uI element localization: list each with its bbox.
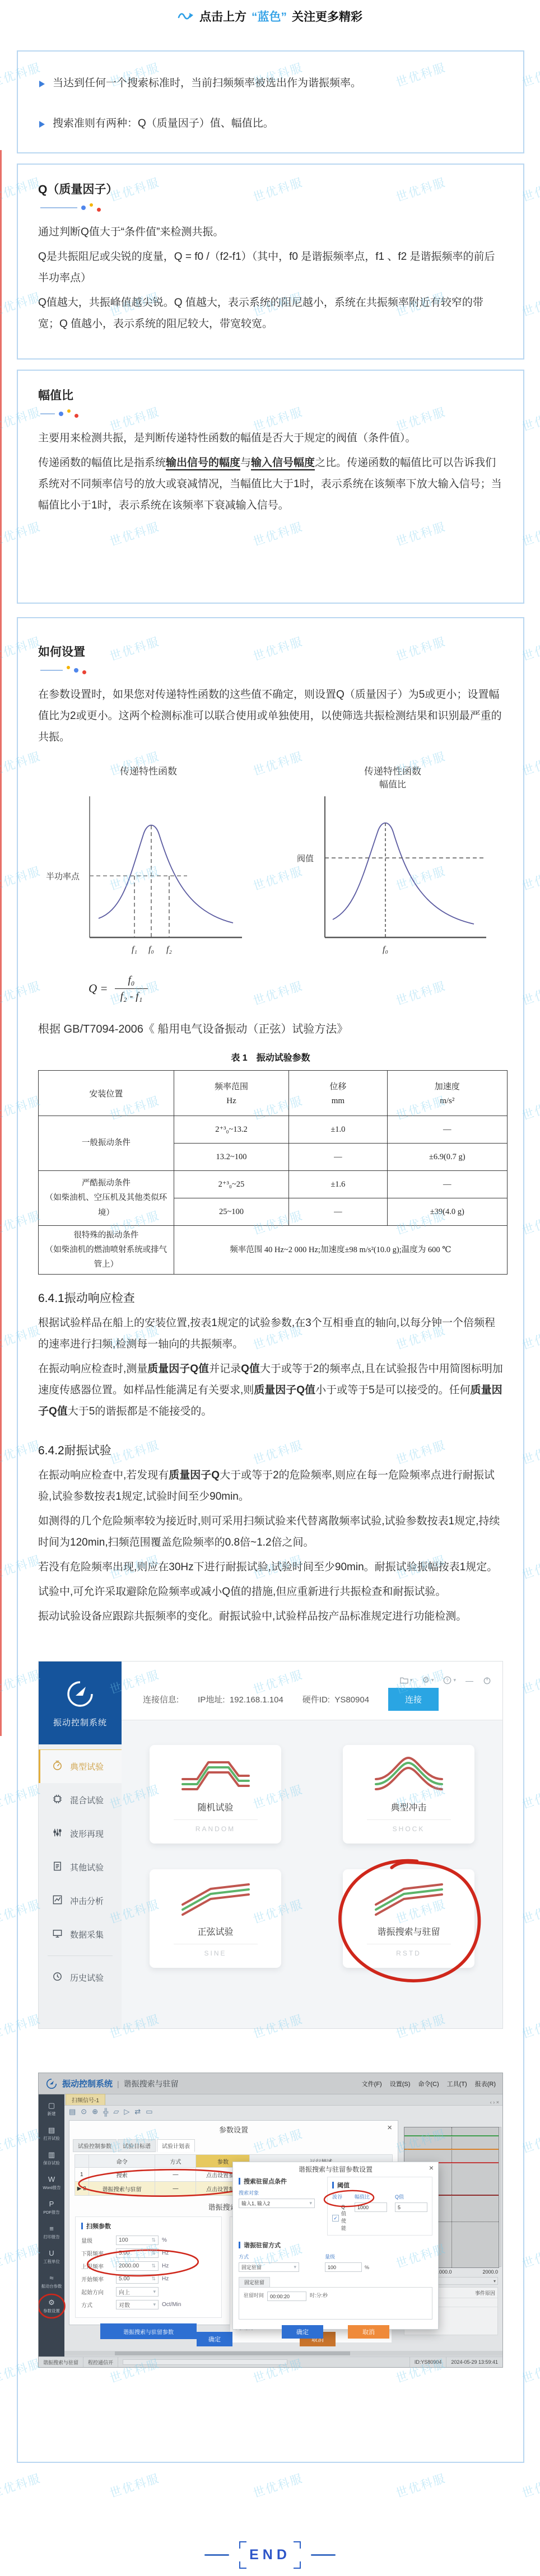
x-label-f0: f₀ <box>148 945 154 954</box>
card-random[interactable]: 随机试验RANDOM <box>150 1745 281 1844</box>
table-cell: ±6.9(0.7 g) <box>387 1144 507 1171</box>
diagram-right-title2: 幅值比 <box>289 778 496 792</box>
table-header: 位移mm <box>289 1071 387 1116</box>
status-test-name: 谐振搜索与驻留 <box>39 2357 83 2367</box>
rstd-left-rail: ▢新建▤打开试验▥保存试验WWord报告PPDF报告≡打印报告U工程单位≈振动台… <box>39 2094 64 2357</box>
test-type-cards: 随机试验RANDOM典型冲击SHOCK正弦试验SINE谐振搜索与驻留RSTD <box>122 1720 502 2028</box>
paragraph: 振动试验设备应跟踪共振频率的变化。耐振试验中,试验样品按产品标准规定进行功能检测… <box>38 1606 503 1627</box>
connect-button[interactable]: 连接 <box>388 1688 439 1711</box>
cmd-table-header <box>75 2155 89 2168</box>
table-cell: — <box>387 1171 507 1198</box>
rail-item-Word报告[interactable]: WWord报告 <box>39 2171 64 2195</box>
history-icon <box>52 1971 63 1984</box>
search-object-label: 搜索对象 <box>239 2189 322 2196</box>
cmd-table-cell: 谐振搜索与驻留 <box>89 2182 155 2196</box>
diagram-left-title: 传递特性函数 <box>45 765 252 778</box>
diagram-right-plot: 传递特性函数 幅值比 阀值 f₀ <box>289 765 496 1003</box>
bullet-item: 搜索准则有两种：Q（质量因子）值、幅值比。 <box>39 114 502 133</box>
rstd-stage: 扫频信号-1 ‹ › × ▤⊙⊕╬▱▷⇄▭ 9 1000.02000.0 ▾ 事… <box>64 2094 502 2357</box>
card-title: 谐振搜索与驻留 <box>377 1925 440 1938</box>
table-row: 很特殊的振动条件（如柴油机的燃油喷射系统或排气管上）频率范围 40 Hz~2 0… <box>39 1226 508 1275</box>
table-caption: 表 1 振动试验参数 <box>38 1051 503 1063</box>
menu-item[interactable]: 报表(R) <box>475 2079 496 2088</box>
threshold-label: 阀值 <box>297 853 314 864</box>
menu-item[interactable]: 工具(T) <box>447 2079 467 2088</box>
fixed-dwell-box: 驻留时间 00:00:20 时:分:秒 <box>239 2287 432 2320</box>
sweep-field-开始频率: 开始频率5.00⇅Hz <box>81 2274 216 2284</box>
sine-spectrum-icon <box>178 1879 253 1920</box>
field-label: 开始频率 <box>81 2275 116 2283</box>
header-suffix: 关注更多精彩 <box>292 8 362 25</box>
sidebar-item-波形再现[interactable]: 波形再现 <box>39 1817 122 1850</box>
table-cell: 25~100 <box>174 1198 288 1226</box>
rail-item-label: 打开试验 <box>43 2135 59 2141</box>
params-icon: ⚙ <box>48 2299 55 2306</box>
connection-bar: 连接信息: IP地址: 192.168.1.104 硬件ID: YS80904 … <box>143 1688 439 1711</box>
new-icon: ▢ <box>48 2102 55 2109</box>
table-cell: — <box>289 1198 387 1226</box>
swap-icon[interactable]: ⇄ <box>134 2107 141 2116</box>
panel-tab-3[interactable]: 试验计划表 <box>157 2139 195 2152</box>
table-header: 频率范围Hz <box>174 1071 288 1116</box>
rail-item-label: 新建 <box>48 2111 56 2116</box>
horizontal-scrollbar[interactable] <box>64 2351 502 2356</box>
sidebar-item-历史试验[interactable]: 历史试验 <box>39 1961 122 1994</box>
sweep-field-下限频率: 下限频率5.00⇅Hz <box>81 2248 216 2258</box>
rail-item-label: 打印报告 <box>43 2234 59 2239</box>
svg-text:?: ? <box>446 1678 449 1683</box>
menu-bar: 文件(F)设置(S)命令(C)工具(T)报表(R) <box>362 2079 496 2088</box>
standard-reference: 根据 GB/T7094-2006《 船用电气设备振动（正弦）试验方法》 <box>38 1020 503 1036</box>
table-cell: — <box>289 1144 387 1171</box>
app-logo: 振动控制系统 <box>39 1662 122 1744</box>
intro-box: 当达到任何一个搜索标准时，当前扫频频率被选出作为谐振频率。搜索准则有两种：Q（质… <box>17 50 524 153</box>
card-subtitle: SHOCK <box>393 1825 425 1833</box>
field-label: 方式 <box>81 2300 116 2309</box>
rail-item-label: 工程单位 <box>43 2258 59 2264</box>
rail-item-label: 振动台参数 <box>41 2283 62 2289</box>
level-label: 量级 <box>325 2253 369 2260</box>
dwell-time-label: 驻留时间 <box>244 2292 264 2299</box>
card-subtitle: SINE <box>204 1949 226 1957</box>
minimize-icon[interactable]: — <box>465 1677 473 1684</box>
rail-item-新建[interactable]: ▢新建 <box>39 2097 64 2121</box>
paragraph: 在参数设置时，如果您对传递特性函数的这些值不确定，则设置Q（质量因子）为5或更小… <box>38 684 503 748</box>
watermark: 世优科服 <box>520 2470 540 2502</box>
sweep-params-panel: 扫频参数 量级100⇅%下限频率5.00⇅Hz上限频率2000.00⇅Hz开始频… <box>75 2216 222 2318</box>
end-dash-right <box>311 2554 336 2556</box>
search-object-select[interactable]: 输入1, 输入2▾ <box>239 2199 315 2208</box>
field-input[interactable]: 5.00⇅ <box>116 2274 159 2284</box>
rstd-window: 振动控制系统 | 谐振搜索与驻留 文件(F)设置(S)命令(C)工具(T)报表(… <box>38 2073 503 2368</box>
card-shock[interactable]: 典型冲击SHOCK <box>343 1745 474 1844</box>
paragraph: Q值越大，共振峰值越尖锐。Q 值越大，表示系统的阻尼越小，系统在共振频率附近有较… <box>38 292 503 335</box>
dwell-mode-section: 谐振驻留方式 方式 固定驻留▾ 量级 100 % <box>239 2241 432 2272</box>
dialog-titlebar: 谐振搜索与驻留参数设置 × <box>233 2162 438 2176</box>
monitor-icon <box>52 1928 63 1941</box>
table-cell: 很特殊的振动条件（如柴油机的燃油喷射系统或排气管上） <box>39 1226 174 1275</box>
cmd-table-header: 命令 <box>89 2155 155 2168</box>
title-separator: | <box>117 2079 119 2088</box>
sidebar-item-label: 波形再现 <box>70 1828 104 1840</box>
status-bar: 谐振搜索与驻留 程控通信开 ID:YS80904 2024-05-29 13:5… <box>39 2356 502 2367</box>
move-icon[interactable]: ╬ <box>103 2108 108 2116</box>
menu-item[interactable]: 设置(S) <box>390 2079 411 2088</box>
sidebar-item-混合试验[interactable]: 混合试验 <box>39 1783 122 1817</box>
cmd-table-cell: — <box>155 2182 196 2196</box>
end-footer: END <box>0 2541 540 2569</box>
print-icon: ≡ <box>49 2225 54 2232</box>
rstd-params-button[interactable]: 谐振搜索与驻留参数 <box>100 2323 197 2339</box>
amp-ratio-label: 幅值比 <box>355 2193 387 2200</box>
signal-tabs: 扫频信号-1 ‹ › × <box>64 2094 502 2106</box>
dialog-cancel-button[interactable]: 取消 <box>348 2325 389 2339</box>
cmd-table-cell: 1 <box>75 2168 89 2182</box>
fixed-dwell-tab[interactable]: 固定驻留 <box>239 2277 270 2287</box>
rail-item-保存试验[interactable]: ▥保存试验 <box>39 2146 64 2171</box>
paragraph: 在振动响应检查中,若发现有质量因子Q大于或等于2的危险频率,则应在每一危险频率点… <box>38 1465 503 1508</box>
paragraph: 如测得的几个危险频率较为接近时,则可采用扫频试验来代替离散频率试验,试验参数按表… <box>38 1511 503 1553</box>
tab-overflow-icons[interactable]: ‹ › × <box>490 2099 502 2105</box>
document-icon <box>52 1861 63 1874</box>
header-highlight[interactable]: “蓝色” <box>252 8 287 25</box>
page-title: 谐振搜索与驻留 <box>124 2078 179 2089</box>
gauge-icon <box>52 1760 63 1773</box>
card-rstd[interactable]: 谐振搜索与驻留RSTD <box>343 1869 474 1968</box>
rail-item-振动台参数[interactable]: ≈振动台参数 <box>39 2269 64 2294</box>
end-badge: END <box>239 2541 301 2569</box>
paragraph: 试验中,可允许采取避除危险频率或减小Q值的措施,但应重新进行共振检查和耐振试验。 <box>38 1581 503 1603</box>
app-name: 振动控制系统 <box>53 1716 107 1728</box>
field-unit: Hz <box>162 2250 169 2256</box>
field-input[interactable]: 对数▾ <box>116 2300 159 2309</box>
cmd-table-cell: — <box>155 2168 196 2182</box>
power-icon[interactable] <box>483 1676 491 1684</box>
panel-tab-2[interactable]: 试验目标谱 <box>118 2139 156 2152</box>
table-cell: 13.2~100 <box>174 1144 288 1171</box>
chip-icon <box>52 1794 63 1807</box>
card-title: 典型冲击 <box>390 1800 426 1813</box>
panel-tab-1[interactable]: 试验控制参数 <box>73 2139 117 2152</box>
sidebar-item-label: 典型试验 <box>70 1761 104 1772</box>
word-icon: W <box>48 2176 55 2183</box>
level-input[interactable]: 100 <box>325 2262 362 2272</box>
paragraph: 传递函数的幅值比是指系统输出信号的幅度与输入信号幅度之比。传递函数的幅值比可以告… <box>38 452 503 516</box>
red-annotation-circle <box>327 1854 491 1988</box>
rstd-spectrum-icon <box>371 1879 446 1920</box>
rail-item-label: PDF报告 <box>43 2209 59 2215</box>
watermark: 世优科服 <box>394 2470 448 2502</box>
card-title: 随机试验 <box>197 1800 233 1813</box>
rail-item-label: 参数设置 <box>43 2308 59 2313</box>
pdf-icon: P <box>49 2200 54 2208</box>
vcs-main-window: 振动控制系统 连接信息: IP地址: 192.168.1.104 硬件ID: Y… <box>38 1661 503 2029</box>
dwell-time-unit: 时:分:秒 <box>310 2292 328 2299</box>
sidebar-item-label: 数据采集 <box>70 1929 104 1940</box>
card-divider <box>174 1819 258 1820</box>
sidebar-divider <box>48 1956 113 1956</box>
status-device-id: ID:YS80904 <box>410 2357 447 2367</box>
field-unit: Hz <box>162 2263 169 2269</box>
sweep-field-上限频率: 上限频率2000.00⇅Hz <box>81 2261 216 2271</box>
card-title: 正弦试验 <box>197 1925 233 1938</box>
chart-line <box>404 2135 499 2136</box>
section-641-title: 6.4.1振动响应检查 <box>38 1289 503 1306</box>
window-icon[interactable]: ▭ <box>146 2107 152 2116</box>
card-sine[interactable]: 正弦试验SINE <box>150 1869 281 1968</box>
table-header: 安装位置 <box>39 1071 174 1116</box>
threshold-section: 阈值 波谷 ✓Q值使能 幅值比 1000 <box>327 2177 432 2236</box>
menu-item[interactable]: 文件(F) <box>362 2079 382 2088</box>
chart-line <box>404 2149 499 2150</box>
paragraph: Q是共振阻尼或尖锐的度量，Q = f0 /（f2-f1）（其中，f0 是谐振频率… <box>38 246 503 289</box>
sweep-title: 扫频参数 <box>86 2222 111 2230</box>
field-label: 量级 <box>81 2236 116 2244</box>
help-icon[interactable]: ?▾ <box>443 1676 456 1684</box>
sidebar-item-label: 冲击分析 <box>70 1895 104 1907</box>
wave-arrow-icon <box>178 11 194 21</box>
sweep-field-量级: 量级100⇅% <box>81 2236 216 2245</box>
field-unit: % <box>162 2237 167 2243</box>
bullet-text: 当达到任何一个搜索标准时，当前扫频频率被选出作为谐振频率。 <box>53 74 361 93</box>
event-reason-header: 事件原因 <box>475 2289 495 2297</box>
unit-icon: U <box>49 2250 54 2257</box>
sweep-field-方式: 方式对数▾Oct/Min <box>81 2300 216 2309</box>
logo-swoosh-icon <box>45 2078 58 2090</box>
left-edge-artifact <box>0 150 2 1736</box>
chart-toolbar: ▤⊙⊕╬▱▷⇄▭ <box>64 2106 502 2118</box>
amp-ratio-input[interactable]: 1000 <box>355 2202 387 2212</box>
panel-title: 参数设置 <box>69 2124 398 2135</box>
sidebar-item-label: 其他试验 <box>70 1861 104 1873</box>
panel-close-icon[interactable]: × <box>387 2123 392 2132</box>
sidebar-item-label: 混合试验 <box>70 1794 104 1806</box>
table-header: 加速度m/s² <box>387 1071 507 1116</box>
select-icon[interactable]: ▷ <box>124 2107 129 2116</box>
valley-label: 波谷 <box>332 2193 347 2200</box>
chart-icon <box>52 1894 63 1907</box>
section-title-setup: 如何设置 <box>38 643 503 660</box>
folder-icon[interactable]: ▾ <box>400 1677 413 1684</box>
save-icon: ▥ <box>48 2151 55 2158</box>
x-label-f0-right: f₀ <box>383 945 388 954</box>
bullet-triangle-icon <box>39 81 45 87</box>
sidebar-item-label: 历史试验 <box>70 1972 104 1984</box>
rstd-settings-dialog: 谐振搜索与驻留参数设置 × 搜索驻留点条件 搜索对象 输入1, 输入2▾ <box>232 2162 439 2330</box>
x-tick: 2000.0 <box>482 2269 498 2275</box>
rail-item-PDF报告[interactable]: PPDF报告 <box>39 2195 64 2220</box>
random-spectrum-icon <box>178 1755 253 1796</box>
paragraph: 根据试验样品在船上的安装位置,按表1规定的试验参数,在3个互相垂直的轴向,以每分… <box>38 1313 503 1355</box>
app-name: 振动控制系统 <box>62 2078 113 2089</box>
header-prefix: 点击上方 <box>199 8 246 25</box>
ip-address: IP地址: 192.168.1.104 <box>198 1693 283 1705</box>
card-divider <box>367 1944 451 1944</box>
x-tick: 1000.0 <box>436 2269 452 2275</box>
rail-item-工程单位[interactable]: U工程单位 <box>39 2244 64 2269</box>
field-label: 下限频率 <box>81 2249 116 2257</box>
field-input[interactable]: 5.00⇅ <box>116 2248 159 2258</box>
add-icon[interactable]: ⊕ <box>92 2107 98 2116</box>
settings-icon[interactable]: ⚙▾ <box>422 1676 434 1684</box>
card-divider <box>174 1944 258 1944</box>
sidebar-item-数据采集[interactable]: 数据采集 <box>39 1917 122 1951</box>
x-label-f2: f₂ <box>166 945 172 954</box>
mode-label: 方式 <box>239 2253 299 2260</box>
table-row: 一般振动条件2⁺³₀~13.2±1.0— <box>39 1116 508 1144</box>
title-decoration <box>40 204 503 212</box>
bullet-item: 当达到任何一个搜索标准时，当前扫频频率被选出作为谐振频率。 <box>39 74 502 93</box>
dwell-condition-section: 搜索驻留点条件 搜索对象 输入1, 输入2▾ <box>239 2177 322 2236</box>
field-input[interactable]: 2000.00⇅ <box>116 2261 159 2271</box>
paragraph: 若没有危险频率出现,则应在30Hz下进行耐振试验,试验时间至少90min。耐振试… <box>38 1557 503 1578</box>
grid-icon[interactable]: ▤ <box>69 2107 76 2116</box>
q-factor-box: Q（质量因子） 通过判断Q值大于“条件值”来检测共振。Q是共振阻尼或尖锐的度量，… <box>17 164 524 360</box>
resonance-diagram: 传递特性函数 半功率点 f₁ f₀ f₂ Q = f₀f₂ - f₁ 传递 <box>38 765 503 1003</box>
diagram-left-plot: 传递特性函数 半功率点 f₁ f₀ f₂ Q = f₀f₂ - f₁ <box>45 765 252 1003</box>
table-cell: 2⁺³₀~25 <box>174 1171 288 1198</box>
q-enable-checkbox[interactable]: ✓Q值使能 <box>332 2204 347 2232</box>
status-datetime: 2024-05-29 13:59:41 <box>446 2357 502 2367</box>
bullet-triangle-icon <box>39 121 45 128</box>
sidebar-item-冲击分析[interactable]: 冲击分析 <box>39 1884 122 1917</box>
tab-sweep-signal[interactable]: 扫频信号-1 <box>66 2094 105 2105</box>
watermark: 世优科服 <box>251 2470 305 2502</box>
open-icon: ▤ <box>48 2126 55 2134</box>
sidebar-item-其他试验[interactable]: 其他试验 <box>39 1850 122 1884</box>
sweep-field-起始方向: 起始方向向上▾ <box>81 2287 216 2297</box>
dialog-close-icon[interactable]: × <box>429 2163 434 2172</box>
vcs-titlebar: 振动控制系统 连接信息: IP地址: 192.168.1.104 硬件ID: Y… <box>39 1662 502 1720</box>
menu-item[interactable]: 命令(C) <box>418 2079 439 2088</box>
section-title-amp: 幅值比 <box>38 386 503 403</box>
cmd-table-cell: ▶ 2 <box>75 2182 89 2196</box>
table-row: 严酷振动条件（如柴油机、空压机及其他类似环境）2⁺³₀~25±1.6— <box>39 1171 508 1198</box>
hardware-id: 硬件ID: YS80904 <box>302 1693 369 1705</box>
paragraph: 主要用来检测共振，是判断传递特性函数的幅值是否大于规定的阀值（条件值）。 <box>38 428 503 449</box>
cmd-table-cell: 搜索 <box>89 2168 155 2182</box>
window-ok-button[interactable]: 确定 <box>197 2332 232 2346</box>
rail-item-打印报告[interactable]: ≡打印报告 <box>39 2220 64 2244</box>
rail-item-label: 保存试验 <box>43 2160 59 2166</box>
watermark: 世优科服 <box>0 2470 43 2502</box>
paragraph: 在振动响应检查时,测量质量因子Q值并记录Q值大于或等于2的频率点,且在试验报告中… <box>38 1359 503 1422</box>
x-label-f1: f₁ <box>132 945 137 954</box>
q-value-label: Q值 <box>395 2193 427 2200</box>
field-label: 上限频率 <box>81 2262 116 2270</box>
cmd-table-header: 方式 <box>155 2155 196 2168</box>
field-input[interactable]: 向上▾ <box>116 2287 159 2297</box>
card-divider <box>367 1819 451 1820</box>
sidebar-item-典型试验[interactable]: 典型试验 <box>39 1749 122 1783</box>
table-cell: ±1.6 <box>289 1171 387 1198</box>
field-input[interactable]: 100⇅ <box>116 2236 159 2245</box>
dwell-time-input[interactable]: 00:00:20 <box>267 2292 306 2301</box>
table-cell: ±1.0 <box>289 1116 387 1144</box>
title-decoration <box>40 666 503 674</box>
diagram-right-title1: 传递特性函数 <box>289 765 496 778</box>
vibration-parameters-table: 安装位置频率范围Hz位移mm加速度m/s²一般振动条件2⁺³₀~13.2±1.0… <box>38 1070 508 1275</box>
field-label: 起始方向 <box>81 2288 116 2296</box>
section-642-title: 6.4.2耐振试验 <box>38 1441 503 1458</box>
amplitude-ratio-box: 幅值比 主要用来检测共振，是判断传递特性函数的幅值是否大于规定的阀值（条件值）。… <box>17 370 524 604</box>
field-unit: Hz <box>162 2276 169 2282</box>
page-header: 点击上方“蓝色”关注更多精彩 <box>0 8 540 25</box>
dialog-ok-button[interactable]: 确定 <box>282 2325 323 2339</box>
table-cell: 频率范围 40 Hz~2 000 Hz;加速度±98 m/s²(10.0 g);… <box>174 1226 507 1275</box>
fit-icon[interactable]: ▱ <box>113 2107 119 2116</box>
table-cell: 严酷振动条件（如柴油机、空压机及其他类似环境） <box>39 1171 174 1226</box>
zoom-icon[interactable]: ⊙ <box>81 2107 87 2116</box>
field-unit: Oct/Min <box>162 2302 181 2308</box>
panel-tabs: 试验控制参数试验目标谱试验计划表 <box>73 2139 398 2152</box>
table-cell: ±39(4.0 g) <box>387 1198 507 1226</box>
card-subtitle: RANDOM <box>195 1825 235 1833</box>
end-dash-left <box>204 2554 229 2556</box>
rail-item-label: Word报告 <box>43 2185 60 2190</box>
logo-swoosh-icon <box>64 1678 96 1710</box>
rail-item-参数设置[interactable]: ⚙参数设置 <box>39 2294 64 2318</box>
bullet-text: 搜索准则有两种：Q（质量因子）值、幅值比。 <box>53 114 274 133</box>
table-cell: 2⁺³₀~13.2 <box>174 1116 288 1144</box>
status-comm: 程控通信开 <box>83 2357 118 2367</box>
mode-select[interactable]: 固定驻留▾ <box>239 2262 299 2272</box>
shaker-icon: ≈ <box>49 2274 53 2281</box>
paragraph: 通过判断Q值大于“条件值”来检测共振。 <box>38 222 503 243</box>
rstd-titlebar: 振动控制系统 | 谐振搜索与驻留 文件(F)设置(S)命令(C)工具(T)报表(… <box>39 2073 502 2094</box>
q-formula: Q = f₀f₂ - f₁ <box>89 974 252 1003</box>
dialog-title: 谐振搜索与驻留参数设置 <box>299 2164 373 2174</box>
title-decoration <box>40 410 503 418</box>
sliders-icon <box>52 1827 63 1840</box>
how-to-set-box: 如何设置 在参数设置时，如果您对传递特性函数的这些值不确定，则设置Q（质量因子）… <box>17 617 524 2463</box>
connection-info-label: 连接信息: <box>143 1693 179 1705</box>
section-title-q: Q（质量因子） <box>38 180 503 197</box>
q-value-input[interactable]: 5 <box>395 2202 427 2212</box>
table-cell: 一般振动条件 <box>39 1116 174 1171</box>
card-subtitle: RSTD <box>396 1949 421 1957</box>
vcs-sidebar: 典型试验混合试验波形再现其他试验冲击分析数据采集历史试验 <box>39 1720 122 2028</box>
half-power-label: 半功率点 <box>46 871 80 881</box>
watermark: 世优科服 <box>108 2470 162 2502</box>
rail-item-打开试验[interactable]: ▤打开试验 <box>39 2121 64 2146</box>
table-cell: — <box>387 1116 507 1144</box>
shock-spectrum-icon <box>371 1755 446 1796</box>
status-progress-track <box>123 2359 287 2365</box>
